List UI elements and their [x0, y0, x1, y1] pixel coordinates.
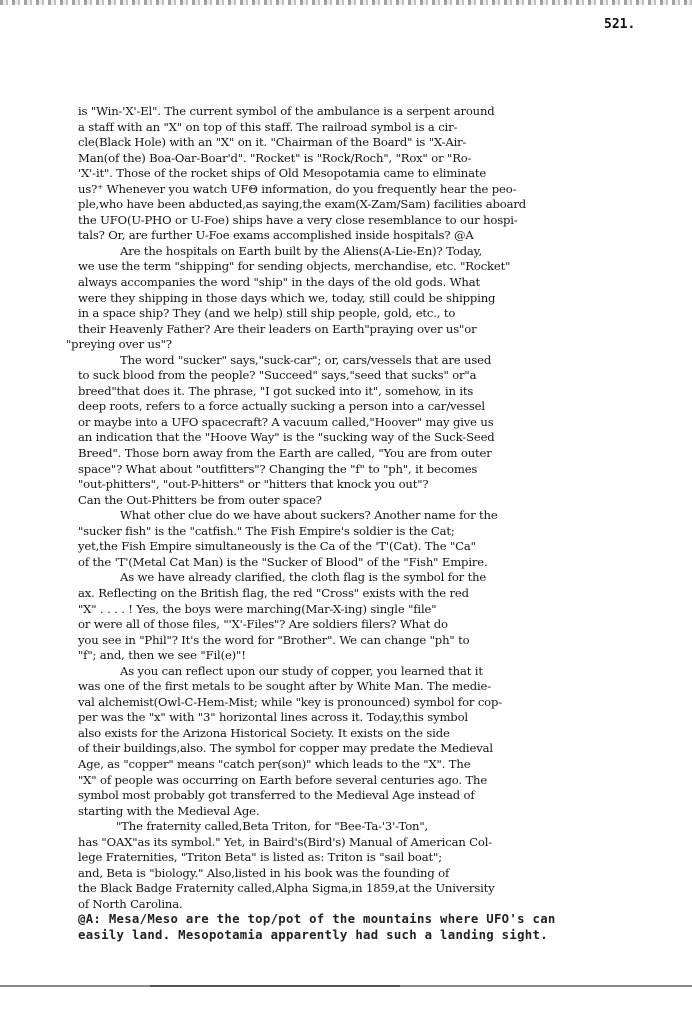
text-line: "out-phitters", "out-P-hitters" or "hitt… [78, 477, 658, 493]
text-line: Breed". Those born away from the Earth a… [78, 446, 658, 462]
scan-edge-noise [0, 0, 692, 5]
text-line: you see in "Phil"? It's the word for "Br… [78, 633, 658, 649]
text-line: or were all of those files, "'X'-Files"?… [78, 617, 658, 633]
text-line: the Black Badge Fraternity called,Alpha … [78, 881, 658, 897]
text-line: "X" . . . . ! Yes, the boys were marchin… [78, 602, 658, 618]
text-line: of the 'T'(Metal Cat Man) is the "Sucker… [78, 555, 658, 571]
text-line: "sucker fish" is the "catfish." The Fish… [78, 524, 658, 540]
text-line: As we have already clarified, the cloth … [78, 570, 658, 586]
text-line: cle(Black Hole) with an "X" on it. "Chai… [78, 135, 658, 151]
page-number: 521. [604, 17, 635, 32]
text-line: Age, as "copper" means "catch per(son)" … [78, 757, 658, 773]
text-line: tals? Or, are further U-Foe exams accomp… [78, 228, 658, 244]
text-line: What other clue do we have about suckers… [78, 508, 658, 524]
text-line: "f"; and, then we see "Fil(e)"! [78, 648, 658, 664]
document-body: is "Win-'X'-El". The current symbol of t… [78, 104, 658, 944]
text-line: "preying over us"? [66, 337, 658, 353]
text-line: their Heavenly Father? Are their leaders… [78, 322, 658, 338]
text-line: starting with the Medieval Age. [78, 804, 658, 820]
text-line: Man(of the) Boa-Oar-Boar'd". "Rocket" is… [78, 151, 658, 167]
text-line: "X" of people was occurring on Earth bef… [78, 773, 658, 789]
text-line: Can the Out-Phitters be from outer space… [78, 493, 658, 509]
text-line: ax. Reflecting on the British flag, the … [78, 586, 658, 602]
text-line: to suck blood from the people? "Succeed"… [78, 368, 658, 384]
footnote-line: easily land. Mesopotamia apparently had … [78, 928, 658, 944]
text-line: The word "sucker" says,"suck-car"; or, c… [78, 353, 658, 369]
text-line: we use the term "shipping" for sending o… [78, 259, 658, 275]
text-line: yet,the Fish Empire simultaneously is th… [78, 539, 658, 555]
text-line: has "OAX"as its symbol." Yet, in Baird's… [78, 835, 658, 851]
text-line: the UFO(U-PHO or U-Foe) ships have a ver… [78, 213, 658, 229]
text-line: or maybe into a UFO spacecraft? A vacuum… [78, 415, 658, 431]
text-line: and, Beta is "biology." Also,listed in h… [78, 866, 658, 882]
text-line: ple,who have been abducted,as saying,the… [78, 197, 658, 213]
text-line: an indication that the "Hoove Way" is th… [78, 430, 658, 446]
text-line: As you can reflect upon our study of cop… [78, 664, 658, 680]
text-line: us?⁺ Whenever you watch UFΘ information,… [78, 182, 658, 198]
text-line: 'X'-it". Those of the rocket ships of Ol… [78, 166, 658, 182]
text-line: was one of the first metals to be sought… [78, 679, 658, 695]
text-line: deep roots, refers to a force actually s… [78, 399, 658, 415]
text-line: "The fraternity called,Beta Triton, for … [78, 819, 658, 835]
text-line: also exists for the Arizona Historical S… [78, 726, 658, 742]
footnote-line: @A: Mesa/Meso are the top/pot of the mou… [78, 912, 658, 928]
text-line: is "Win-'X'-El". The current symbol of t… [78, 104, 658, 120]
text-line: of North Carolina. [78, 897, 658, 913]
text-line: per was the "x" with "3" horizontal line… [78, 710, 658, 726]
text-line: val alchemist(Owl-C-Hem-Mist; while "key… [78, 695, 658, 711]
text-line: of their buildings,also. The symbol for … [78, 741, 658, 757]
text-line: lege Fraternities, "Triton Beta" is list… [78, 850, 658, 866]
text-line: in a space ship? They (and we help) stil… [78, 306, 658, 322]
text-line: breed"that does it. The phrase, "I got s… [78, 384, 658, 400]
text-line: symbol most probably got transferred to … [78, 788, 658, 804]
text-line: a staff with an "X" on top of this staff… [78, 120, 658, 136]
text-line: were they shipping in those days which w… [78, 291, 658, 307]
text-line: always accompanies the word "ship" in th… [78, 275, 658, 291]
text-line: Are the hospitals on Earth built by the … [78, 244, 658, 260]
page-bottom-rule-dark [150, 985, 400, 987]
text-line: space"? What about "outfitters"? Changin… [78, 462, 658, 478]
